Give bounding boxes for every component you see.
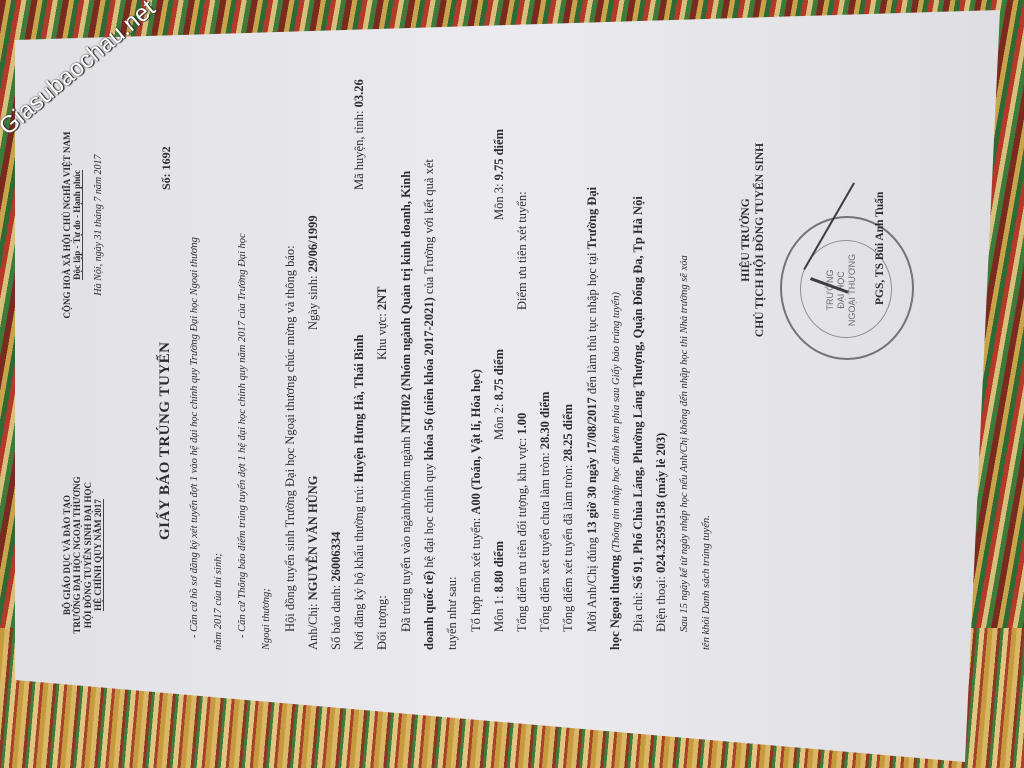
subject-combo: A00 (Toán, Vật lí, Hóa học): [469, 369, 483, 515]
priority-line: Tổng điểm ưu tiên đối tượng, khu vực: 1.…: [516, 413, 529, 632]
admission-line-3: tuyển như sau:: [446, 577, 459, 650]
admission-line-2: doanh quốc tế) hệ đại học chính quy khóa…: [423, 159, 436, 650]
total-unrounded-label: Tổng điểm xét tuyển chưa làm tròn:: [538, 449, 552, 632]
basis-line-4: Ngoại thương;: [262, 588, 273, 650]
combo-label: Tổ hợp môn xét tuyển:: [469, 515, 483, 632]
district-code: 03.26: [352, 79, 366, 107]
intro-text: Hội đồng tuyển sinh Trường Đại học Ngoại…: [284, 245, 297, 632]
candidate-residence: Huyện Hưng Hà, Thái Bình: [352, 334, 366, 482]
signer-name: PGS, TS Bùi Anh Tuấn: [875, 192, 887, 305]
total-rounded: 28.25 điểm: [561, 404, 575, 462]
mon3-label: Môn 3:: [492, 180, 506, 220]
basis-line-2: năm 2017 của thí sinh;: [214, 553, 225, 650]
university-name: TRƯỜNG ĐẠI HỌC NGOẠI THƯƠNG: [72, 450, 82, 660]
mon1-label: Môn 1:: [492, 592, 506, 632]
phone-line: Điện thoại: 024.32595158 (máy lẻ 203): [655, 433, 668, 632]
major-code: NTH02 (Nhóm ngành Quản trị kinh doanh, K…: [399, 171, 413, 434]
document-title: GIẤY BÁO TRÚNG TUYỂN: [158, 341, 173, 540]
subject-combo-line: Tổ hợp môn xét tuyển: A00 (Toán, Vật lí,…: [470, 369, 483, 632]
total-rounded-line: Tổng điểm xét tuyển đã làm tròn: 28.25 đ…: [562, 404, 575, 632]
candidate-name: NGUYỄN VĂN HÙNG: [306, 476, 320, 601]
stamp-line-1: TRƯỜNG: [825, 242, 836, 338]
admission-text: Đã trúng tuyển vào ngành/nhóm ngành: [399, 433, 413, 632]
candidate-name-line: Anh/Chị: NGUYỄN VĂN HÙNG: [307, 476, 320, 650]
ministry-name: BỘ GIÁO DỤC VÀ ĐÀO TẠO: [62, 450, 72, 660]
dob-line: Ngày sinh: 29/06/1999: [307, 215, 320, 330]
venue-end: học Ngoại thương: [608, 555, 622, 650]
invite-line-2: học Ngoại thương (Thông tin nhập học đín…: [609, 292, 623, 650]
admission-line-1: Đã trúng tuyển vào ngành/nhóm ngành NTH0…: [400, 171, 413, 632]
basis-line-1: - Căn cứ hồ sơ đăng ký xét tuyển đợt 1 v…: [190, 237, 201, 638]
invite-text-2: đến làm thủ tục nhập học tại: [585, 249, 599, 397]
residence-label: Nơi đăng ký hộ khẩu thường trú:: [352, 482, 366, 650]
mon1-score: 8.80 điểm: [492, 541, 506, 592]
priority-label: Tổng điểm ưu tiên đối tượng, khu vực:: [515, 435, 529, 632]
candidate-area: 2NT: [375, 287, 389, 311]
admission-letter: BỘ GIÁO DỤC VÀ ĐÀO TẠO TRƯỜNG ĐẠI HỌC NG…: [40, 50, 920, 690]
note-line-1: Sau 15 ngày kể từ ngày nhập học nếu Anh/…: [680, 255, 691, 632]
priority-score: 1.00: [515, 413, 529, 435]
total-unrounded: 28.30 điểm: [538, 392, 552, 450]
major-name-end: doanh quốc tế): [422, 571, 436, 650]
area-label: Khu vực:: [375, 310, 389, 360]
name-label: Anh/Chị:: [306, 600, 320, 650]
sbd-line: Số báo danh: 26006334: [330, 532, 343, 650]
program-text: hệ đại học chính quy: [422, 460, 436, 570]
bonus-label: Điểm ưu tiên xét tuyển:: [516, 191, 529, 310]
address: Số 91, Phố Chùa Láng, Phường Láng Thượng…: [631, 196, 645, 589]
candidate-dob: 29/06/1999: [306, 215, 320, 272]
address-label: Địa chỉ:: [631, 589, 645, 632]
mon2-label: Môn 2:: [492, 400, 506, 440]
enrollment-time: 13 giờ 30 ngày 17/08/2017: [585, 397, 599, 534]
dob-label: Ngày sinh:: [306, 272, 320, 330]
mon3-line: Môn 3: 9.75 điểm: [493, 129, 506, 220]
issue-date: Hà Nội, ngày 31 tháng 7 năm 2017: [93, 60, 105, 390]
address-line: Địa chỉ: Số 91, Phố Chùa Láng, Phường Lá…: [632, 196, 645, 632]
header-left: BỘ GIÁO DỤC VÀ ĐÀO TẠO TRƯỜNG ĐẠI HỌC NG…: [62, 450, 103, 660]
cohort: khóa 56 (niên khóa 2017-2021): [422, 297, 436, 460]
district-code-line: Mã huyện, tỉnh: 03.26: [353, 79, 366, 190]
mon2-line: Môn 2: 8.75 điểm: [493, 349, 506, 440]
mon2-score: 8.75 điểm: [492, 349, 506, 400]
header-right: CỘNG HOÀ XÃ HỘI CHỦ NGHĨA VIỆT NAM Độc l…: [62, 60, 104, 390]
residence-line: Nơi đăng ký hộ khẩu thường trú: Huyện Hư…: [353, 334, 366, 650]
attachment-note: (Thông tin nhập học đính kèm phía sau Gi…: [611, 292, 622, 555]
signer-title-1: HIỆU TRƯỞNG: [740, 90, 754, 390]
signature-block: HIỆU TRƯỞNG CHỦ TỊCH HỘI ĐỒNG TUYỂN SINH: [740, 90, 768, 390]
mon1-line: Môn 1: 8.80 điểm: [493, 541, 506, 632]
area-line: Khu vực: 2NT: [376, 287, 389, 360]
total-rounded-label: Tổng điểm xét tuyển đã làm tròn:: [561, 462, 575, 632]
country-name: CỘNG HOÀ XÃ HỘI CHỦ NGHĨA VIỆT NAM: [62, 60, 72, 390]
object-label: Đối tượng:: [376, 595, 389, 650]
district-code-label: Mã huyện, tỉnh:: [352, 107, 366, 190]
sbd-label: Số báo danh:: [329, 582, 343, 650]
phone: 024.32595158 (máy lẻ 203): [654, 433, 668, 573]
venue-start: Trường Đại: [585, 187, 599, 249]
signer-title-2: CHỦ TỊCH HỘI ĐỒNG TUYỂN SINH: [754, 90, 768, 390]
total-unrounded-line: Tổng điểm xét tuyển chưa làm tròn: 28.30…: [539, 392, 552, 632]
invite-line-1: Mời Anh/Chị đúng 13 giờ 30 ngày 17/08/20…: [586, 187, 599, 632]
program-year: HỆ CHÍNH QUY NĂM 2017: [93, 499, 104, 611]
phone-label: Điện thoại:: [654, 573, 668, 632]
result-text: của Trường với kết quả xét: [422, 159, 436, 297]
document-number: Số: 1692: [160, 146, 172, 190]
mon3-score: 9.75 điểm: [492, 129, 506, 180]
invite-text: Mời Anh/Chị đúng: [585, 534, 599, 632]
note-line-2: tên khỏi Danh sách trúng tuyển.: [702, 515, 713, 650]
council-name: HỘI ĐỒNG TUYỂN SINH ĐẠI HỌC: [83, 450, 93, 660]
motto: Độc lập - Tự do - Hạnh phúc: [72, 170, 83, 280]
candidate-sbd: 26006334: [329, 532, 343, 582]
basis-line-3: - Căn cứ Thông báo điểm trúng tuyển đợt …: [238, 233, 249, 638]
